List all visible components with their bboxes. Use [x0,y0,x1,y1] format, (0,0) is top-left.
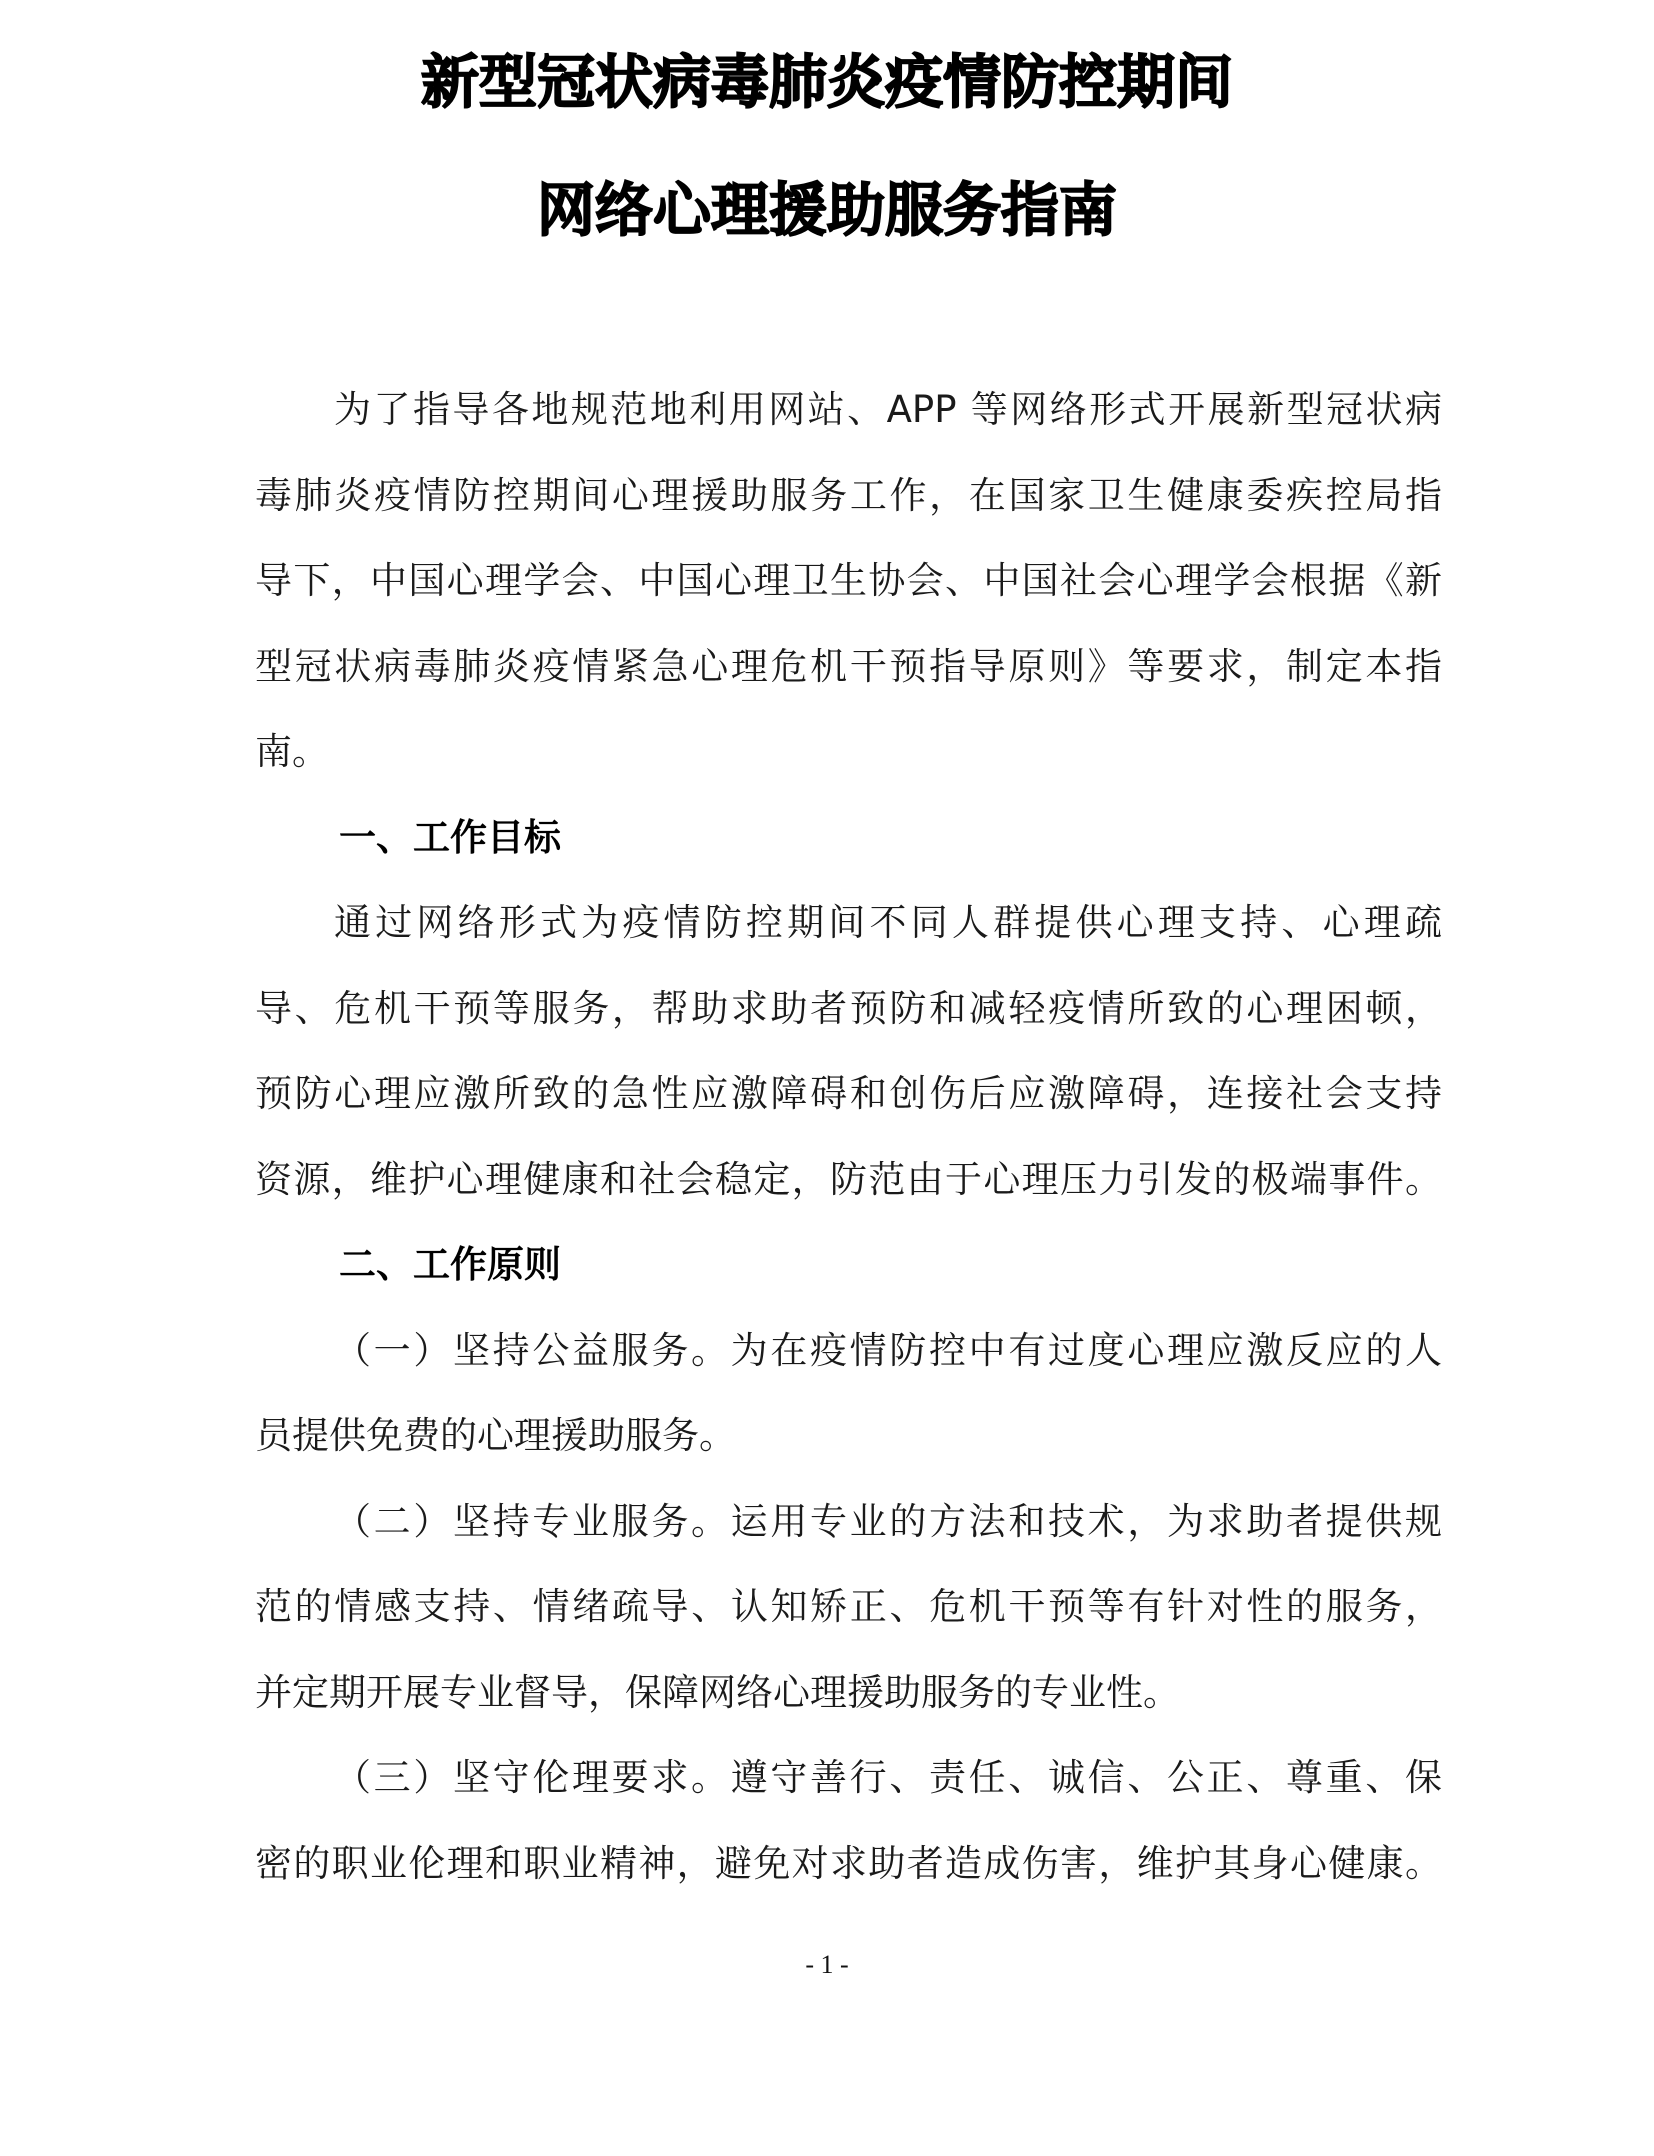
document-title-line-2: 网络心理援助服务指南 [0,174,1654,246]
paragraph-line: 资源，维护心理健康和社会稳定，防范由于心理压力引发的极端事件。 [255,1150,1442,1236]
principle-3-paragraph: （三）坚守伦理要求。遵守善行、责任、诚信、公正、尊重、保 密的职业伦理和职业精神… [255,1748,1442,1919]
paragraph-line: 并定期开展专业督导，保障网络心理援助服务的专业性。 [255,1663,1442,1749]
paragraph-line: 员提供免费的心理援助服务。 [255,1406,1442,1492]
paragraph-line: 导下，中国心理学会、中国心理卫生协会、中国社会心理学会根据《新 [255,551,1442,637]
paragraph-line: 通过网络形式为疫情防控期间不同人群提供心理支持、心理疏 [255,893,1442,979]
paragraph-line: 毒肺炎疫情防控期间心理援助服务工作，在国家卫生健康委疾控局指 [255,466,1442,552]
paragraph-line: （二）坚持专业服务。运用专业的方法和技术，为求助者提供规 [255,1492,1442,1578]
goals-paragraph: 通过网络形式为疫情防控期间不同人群提供心理支持、心理疏 导、危机干预等服务，帮助… [255,893,1442,1235]
page-number: - 1 - [0,1950,1654,1980]
paragraph-line: 型冠状病毒肺炎疫情紧急心理危机干预指导原则》等要求，制定本指 [255,637,1442,723]
section-heading-principles: 二、工作原则 [255,1235,1442,1321]
paragraph-line: （一）坚持公益服务。为在疫情防控中有过度心理应激反应的人 [255,1321,1442,1407]
paragraph-line: 预防心理应激所致的急性应激障碍和创伤后应激障碍，连接社会支持 [255,1064,1442,1150]
paragraph-line: 导、危机干预等服务，帮助求助者预防和减轻疫情所致的心理困顿， [255,979,1442,1065]
document-body: 为了指导各地规范地利用网站、APP 等网络形式开展新型冠状病 毒肺炎疫情防控期间… [255,380,1442,1919]
paragraph-line: 南。 [255,722,1442,808]
paragraph-line: 为了指导各地规范地利用网站、APP 等网络形式开展新型冠状病 [255,380,1442,466]
document-title-line-1: 新型冠状病毒肺炎疫情防控期间 [0,46,1654,118]
document-page: 新型冠状病毒肺炎疫情防控期间 网络心理援助服务指南 为了指导各地规范地利用网站、… [0,0,1654,2156]
paragraph-line: 密的职业伦理和职业精神，避免对求助者造成伤害，维护其身心健康。 [255,1834,1442,1920]
principle-2-paragraph: （二）坚持专业服务。运用专业的方法和技术，为求助者提供规 范的情感支持、情绪疏导… [255,1492,1442,1749]
paragraph-line: （三）坚守伦理要求。遵守善行、责任、诚信、公正、尊重、保 [255,1748,1442,1834]
intro-paragraph: 为了指导各地规范地利用网站、APP 等网络形式开展新型冠状病 毒肺炎疫情防控期间… [255,380,1442,808]
principle-1-paragraph: （一）坚持公益服务。为在疫情防控中有过度心理应激反应的人 员提供免费的心理援助服… [255,1321,1442,1492]
section-heading-goals: 一、工作目标 [255,808,1442,894]
paragraph-line: 范的情感支持、情绪疏导、认知矫正、危机干预等有针对性的服务， [255,1577,1442,1663]
